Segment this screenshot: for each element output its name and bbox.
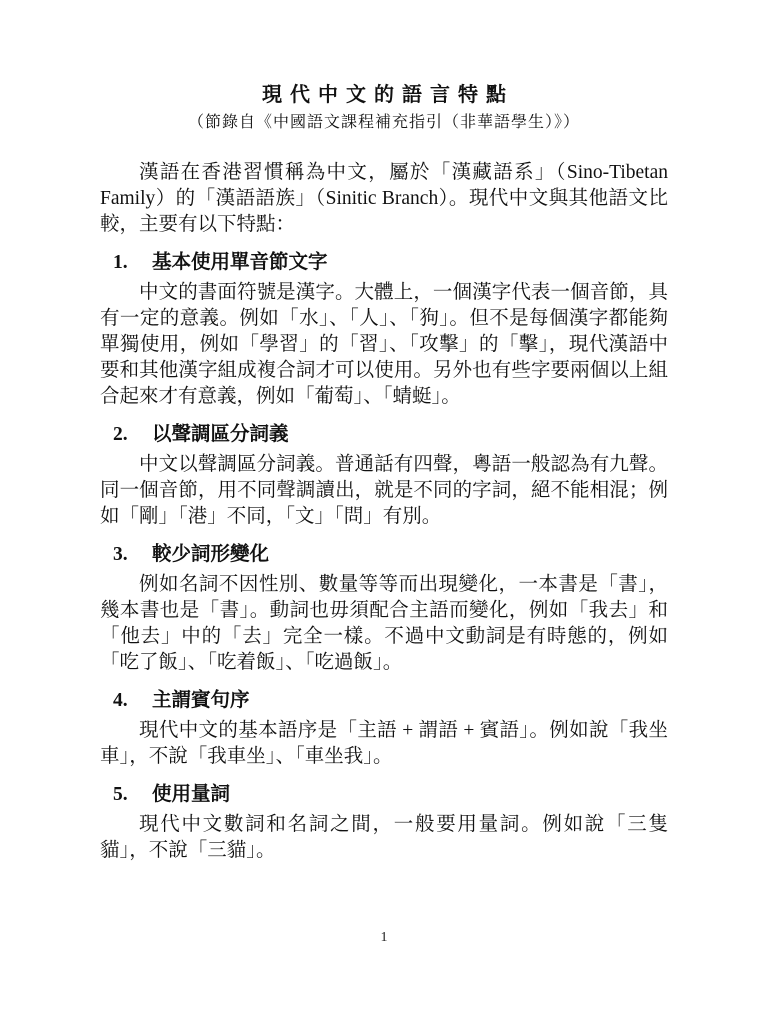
section-4-title: 主謂賓句序 <box>152 690 250 712</box>
section-5-heading: 5. 使用量詞 <box>100 784 668 806</box>
section-1-heading: 1. 基本使用單音節文字 <box>100 252 668 274</box>
section-5: 5. 使用量詞 現代中文數詞和名詞之間，一般要用量詞。例如說「三隻貓」，不說「三… <box>100 784 668 864</box>
section-3-title: 較少詞形變化 <box>152 544 269 566</box>
section-5-title: 使用量詞 <box>152 784 230 806</box>
section-5-number: 5. <box>113 784 152 806</box>
section-1-body: 中文的書面符號是漢字。大體上，一個漢字代表一個音節，具有一定的意義。例如「水」、… <box>100 280 668 410</box>
section-4-body: 現代中文的基本語序是「主語 + 謂語 + 賓語」。例如說「我坐車」，不說「我車坐… <box>100 718 668 770</box>
section-5-body: 現代中文數詞和名詞之間，一般要用量詞。例如說「三隻貓」，不說「三貓」。 <box>100 812 668 864</box>
section-1-number: 1. <box>113 252 152 274</box>
document-title: 現代中文的語言特點 <box>100 84 668 106</box>
section-2: 2. 以聲調區分詞義 中文以聲調區分詞義。普通話有四聲，粵語一般認為有九聲。同一… <box>100 424 668 530</box>
section-2-number: 2. <box>113 424 152 446</box>
section-3-body: 例如名詞不因性別、數量等等而出現變化，一本書是「書」，幾本書也是「書」。動詞也毋… <box>100 572 668 676</box>
section-2-body: 中文以聲調區分詞義。普通話有四聲，粵語一般認為有九聲。同一個音節，用不同聲調讀出… <box>100 452 668 530</box>
section-1-title: 基本使用單音節文字 <box>152 252 328 274</box>
section-2-heading: 2. 以聲調區分詞義 <box>100 424 668 446</box>
page-number: 1 <box>0 930 768 946</box>
section-1: 1. 基本使用單音節文字 中文的書面符號是漢字。大體上，一個漢字代表一個音節，具… <box>100 252 668 410</box>
intro-paragraph: 漢語在香港習慣稱為中文，屬於「漢藏語系」（Sino-Tibetan Family… <box>100 160 668 238</box>
section-3: 3. 較少詞形變化 例如名詞不因性別、數量等等而出現變化，一本書是「書」，幾本書… <box>100 544 668 676</box>
section-4-heading: 4. 主謂賓句序 <box>100 690 668 712</box>
document-page: 現代中文的語言特點 （節錄自《中國語文課程補充指引（非華語學生）》） 漢語在香港… <box>0 0 768 1024</box>
section-4-number: 4. <box>113 690 152 712</box>
document-subtitle: （節錄自《中國語文課程補充指引（非華語學生）》） <box>100 112 668 134</box>
section-3-heading: 3. 較少詞形變化 <box>100 544 668 566</box>
section-2-title: 以聲調區分詞義 <box>152 424 289 446</box>
section-3-number: 3. <box>113 544 152 566</box>
section-4: 4. 主謂賓句序 現代中文的基本語序是「主語 + 謂語 + 賓語」。例如說「我坐… <box>100 690 668 770</box>
